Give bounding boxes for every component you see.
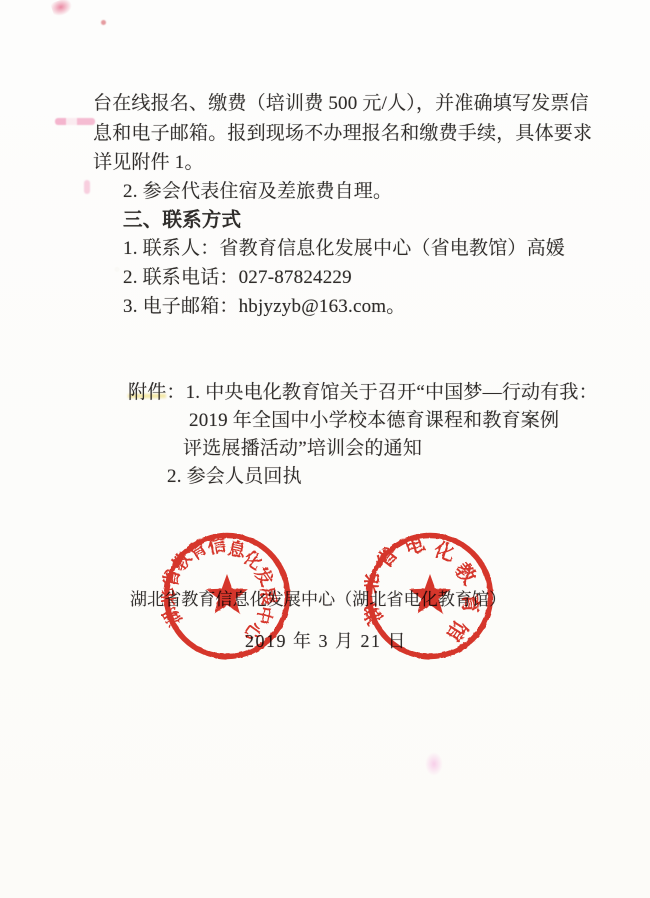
scan-artifact <box>101 20 106 25</box>
contact-person-line: 1. 联系人：省教育信息化发展中心（省电教馆）高媛 <box>123 233 565 260</box>
attachment-list-line: 评选展播活动”培训会的通知 <box>183 433 422 460</box>
contact-phone-line: 2. 联系电话：027-87824229 <box>123 262 352 289</box>
body-text-line: 详见附件 1。 <box>93 147 204 174</box>
body-text-line: 息和电子邮箱。报到现场不办理报名和缴费手续，具体要求 <box>93 118 592 145</box>
scan-artifact <box>84 180 90 194</box>
scanned-document-page: 台在线报名、缴费（培训费 500 元/人），并准确填写发票信 息和电子邮箱。报到… <box>0 0 650 898</box>
scan-artifact <box>50 0 74 18</box>
attachment-list-line: 附件：1. 中央电化教育馆关于召开“中国梦—行动有我： <box>128 377 598 404</box>
official-seal-left: 湖北省教育信息化发展中心 <box>161 530 293 662</box>
official-seal-right: 湖北省电化教育馆 <box>364 530 496 662</box>
scan-artifact <box>425 752 443 776</box>
contact-email-line: 3. 电子邮箱：hbjyzyb@163.com。 <box>123 291 405 318</box>
scan-artifact <box>55 118 95 125</box>
attachment-list-line: 2019 年全国中小学校本德育课程和教育案例 <box>189 405 559 432</box>
star-icon <box>409 574 451 614</box>
section-heading-contact-methods: 三、联系方式 <box>123 204 241 232</box>
attachment-list-line: 2. 参会人员回执 <box>167 461 302 488</box>
star-icon <box>206 574 248 614</box>
body-text-line: 台在线报名、缴费（培训费 500 元/人），并准确填写发票信 <box>93 88 589 115</box>
body-text-line-item2: 2. 参会代表住宿及差旅费自理。 <box>123 176 392 203</box>
